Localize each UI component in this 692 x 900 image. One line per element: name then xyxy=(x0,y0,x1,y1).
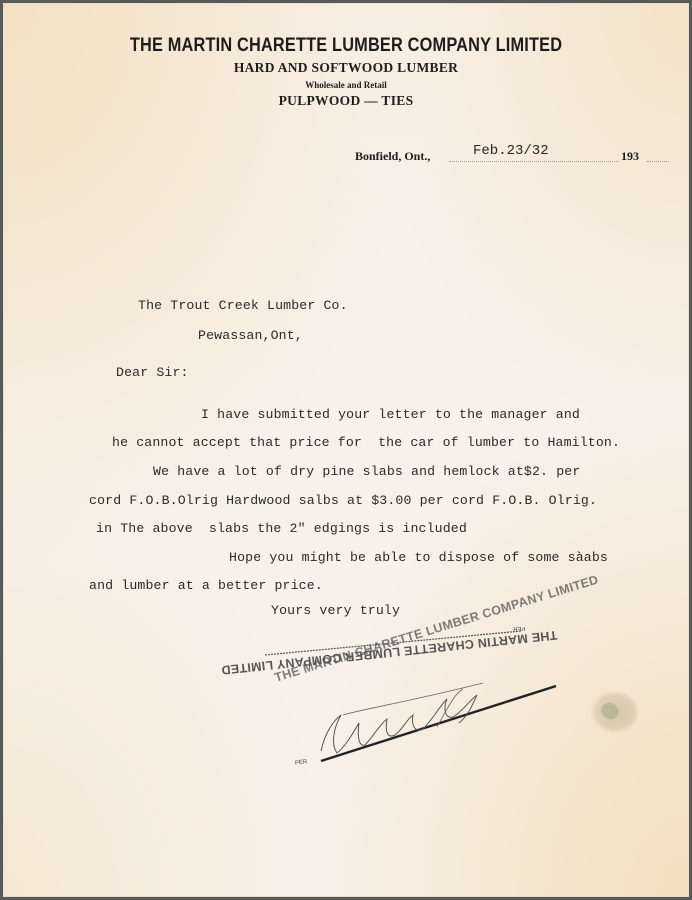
signature-icon xyxy=(321,695,477,753)
signature-lines xyxy=(3,3,689,897)
per-label: PER xyxy=(513,625,525,631)
paper-stain xyxy=(591,691,639,733)
stain-spot xyxy=(598,700,622,723)
letter-page: THE MARTIN CHARETTE LUMBER COMPANY LIMIT… xyxy=(3,3,689,897)
